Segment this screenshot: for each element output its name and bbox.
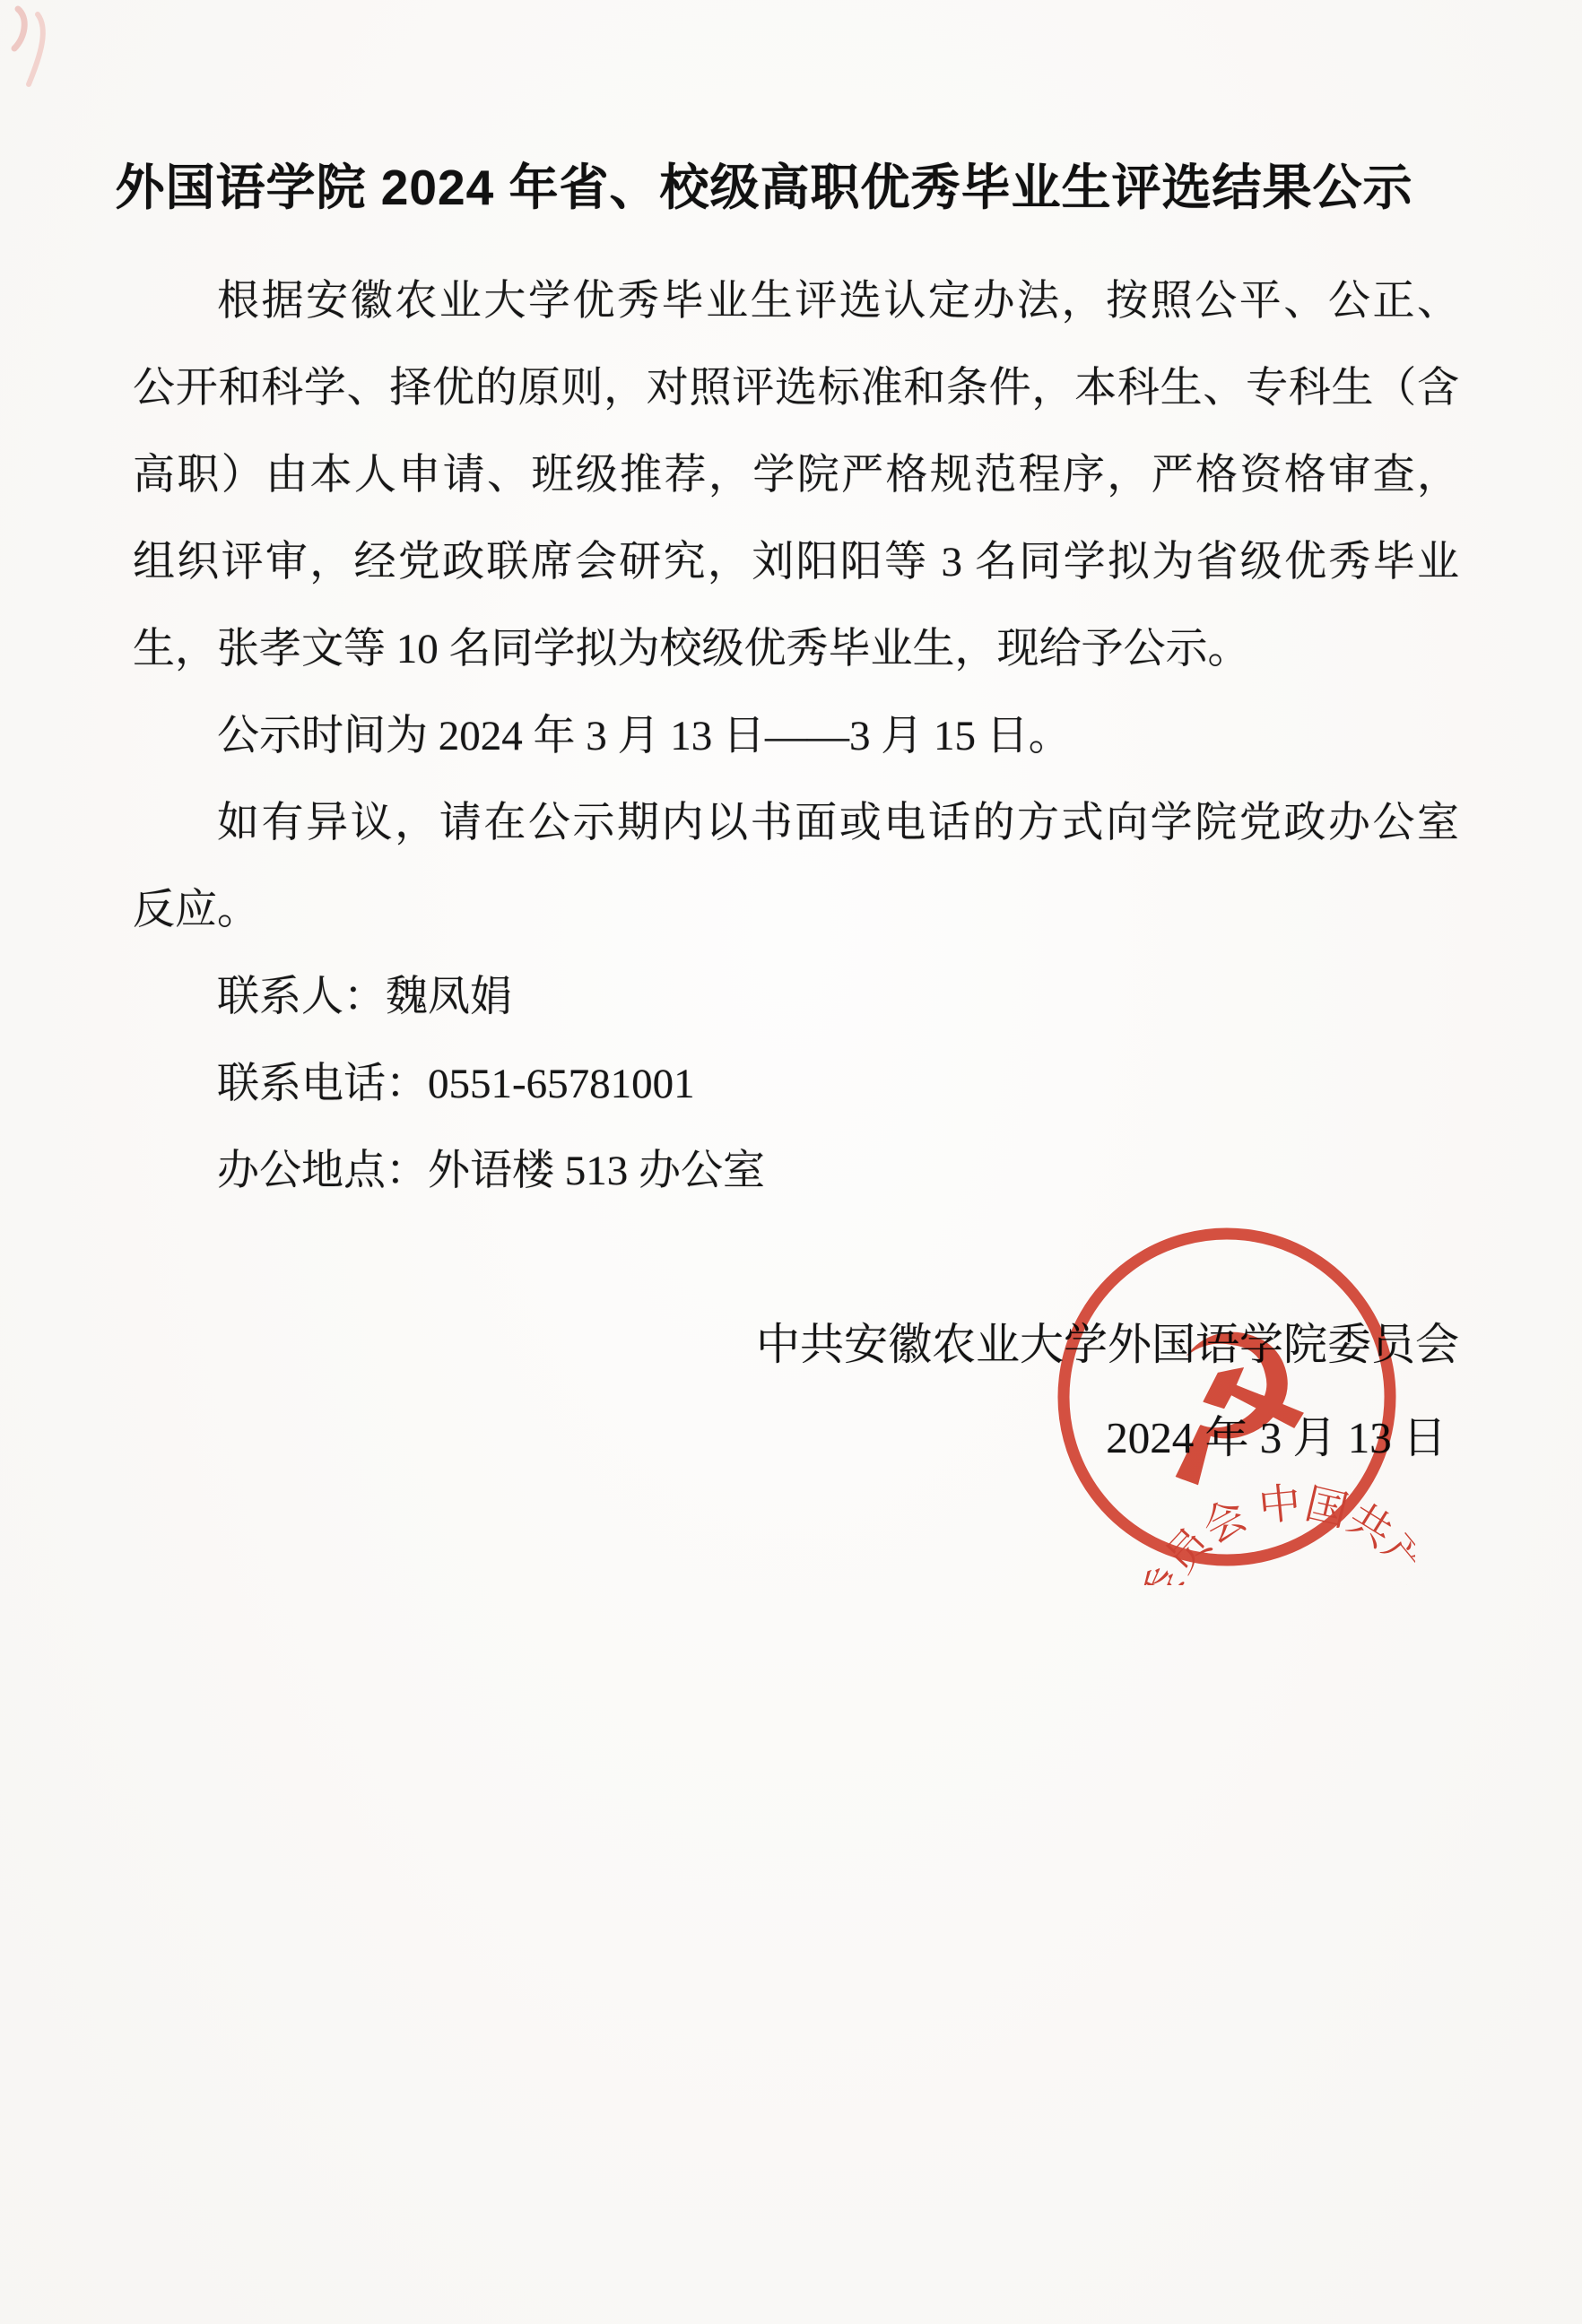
contact-phone-line: 联系电话：0551-65781001 bbox=[133, 1041, 1459, 1128]
contact-office-line: 办公地点：外语楼 513 办公室 bbox=[133, 1128, 1459, 1215]
document-title: 外国语学院 2024 年省、校级高职优秀毕业生评选结果公示 bbox=[0, 154, 1528, 221]
signature-committee: 中共安徽农业大学外国语学院委员会 bbox=[756, 1298, 1459, 1392]
objection-line: 如有异议，请在公示期内以书面或电话的方式向学院党政办公室 bbox=[133, 780, 1459, 867]
body-line: 根据安徽农业大学优秀毕业生评选认定办法，按照公平、公正、 bbox=[133, 258, 1459, 345]
body-line: 高职）由本人申请、班级推荐，学院严格规范程序，严格资格审查， bbox=[133, 432, 1459, 519]
signature-block: 中共安徽农业大学外国语学院委员会 2024 年 3 月 13 日 bbox=[756, 1298, 1459, 1485]
objection-line: 反应。 bbox=[133, 867, 1459, 954]
body-line: 生，张孝文等 10 名同学拟为校级优秀毕业生，现给予公示。 bbox=[133, 606, 1459, 693]
corner-scan-mark bbox=[2, 2, 83, 109]
publicity-period-line: 公示时间为 2024 年 3 月 13 日——3 月 15 日。 bbox=[133, 693, 1459, 780]
signature-date: 2024 年 3 月 13 日 bbox=[756, 1392, 1459, 1485]
contact-person-line: 联系人：魏凤娟 bbox=[133, 954, 1459, 1041]
body-line: 公开和科学、择优的原则，对照评选标准和条件，本科生、专科生（含 bbox=[133, 345, 1459, 432]
body-line: 组织评审，经党政联席会研究，刘阳阳等 3 名同学拟为省级优秀毕业 bbox=[133, 519, 1459, 606]
scanned-document-page: 外国语学院 2024 年省、校级高职优秀毕业生评选结果公示 根据安徽农业大学优秀… bbox=[0, 0, 1582, 2324]
document-body: 根据安徽农业大学优秀毕业生评选认定办法，按照公平、公正、 公开和科学、择优的原则… bbox=[133, 258, 1459, 1215]
